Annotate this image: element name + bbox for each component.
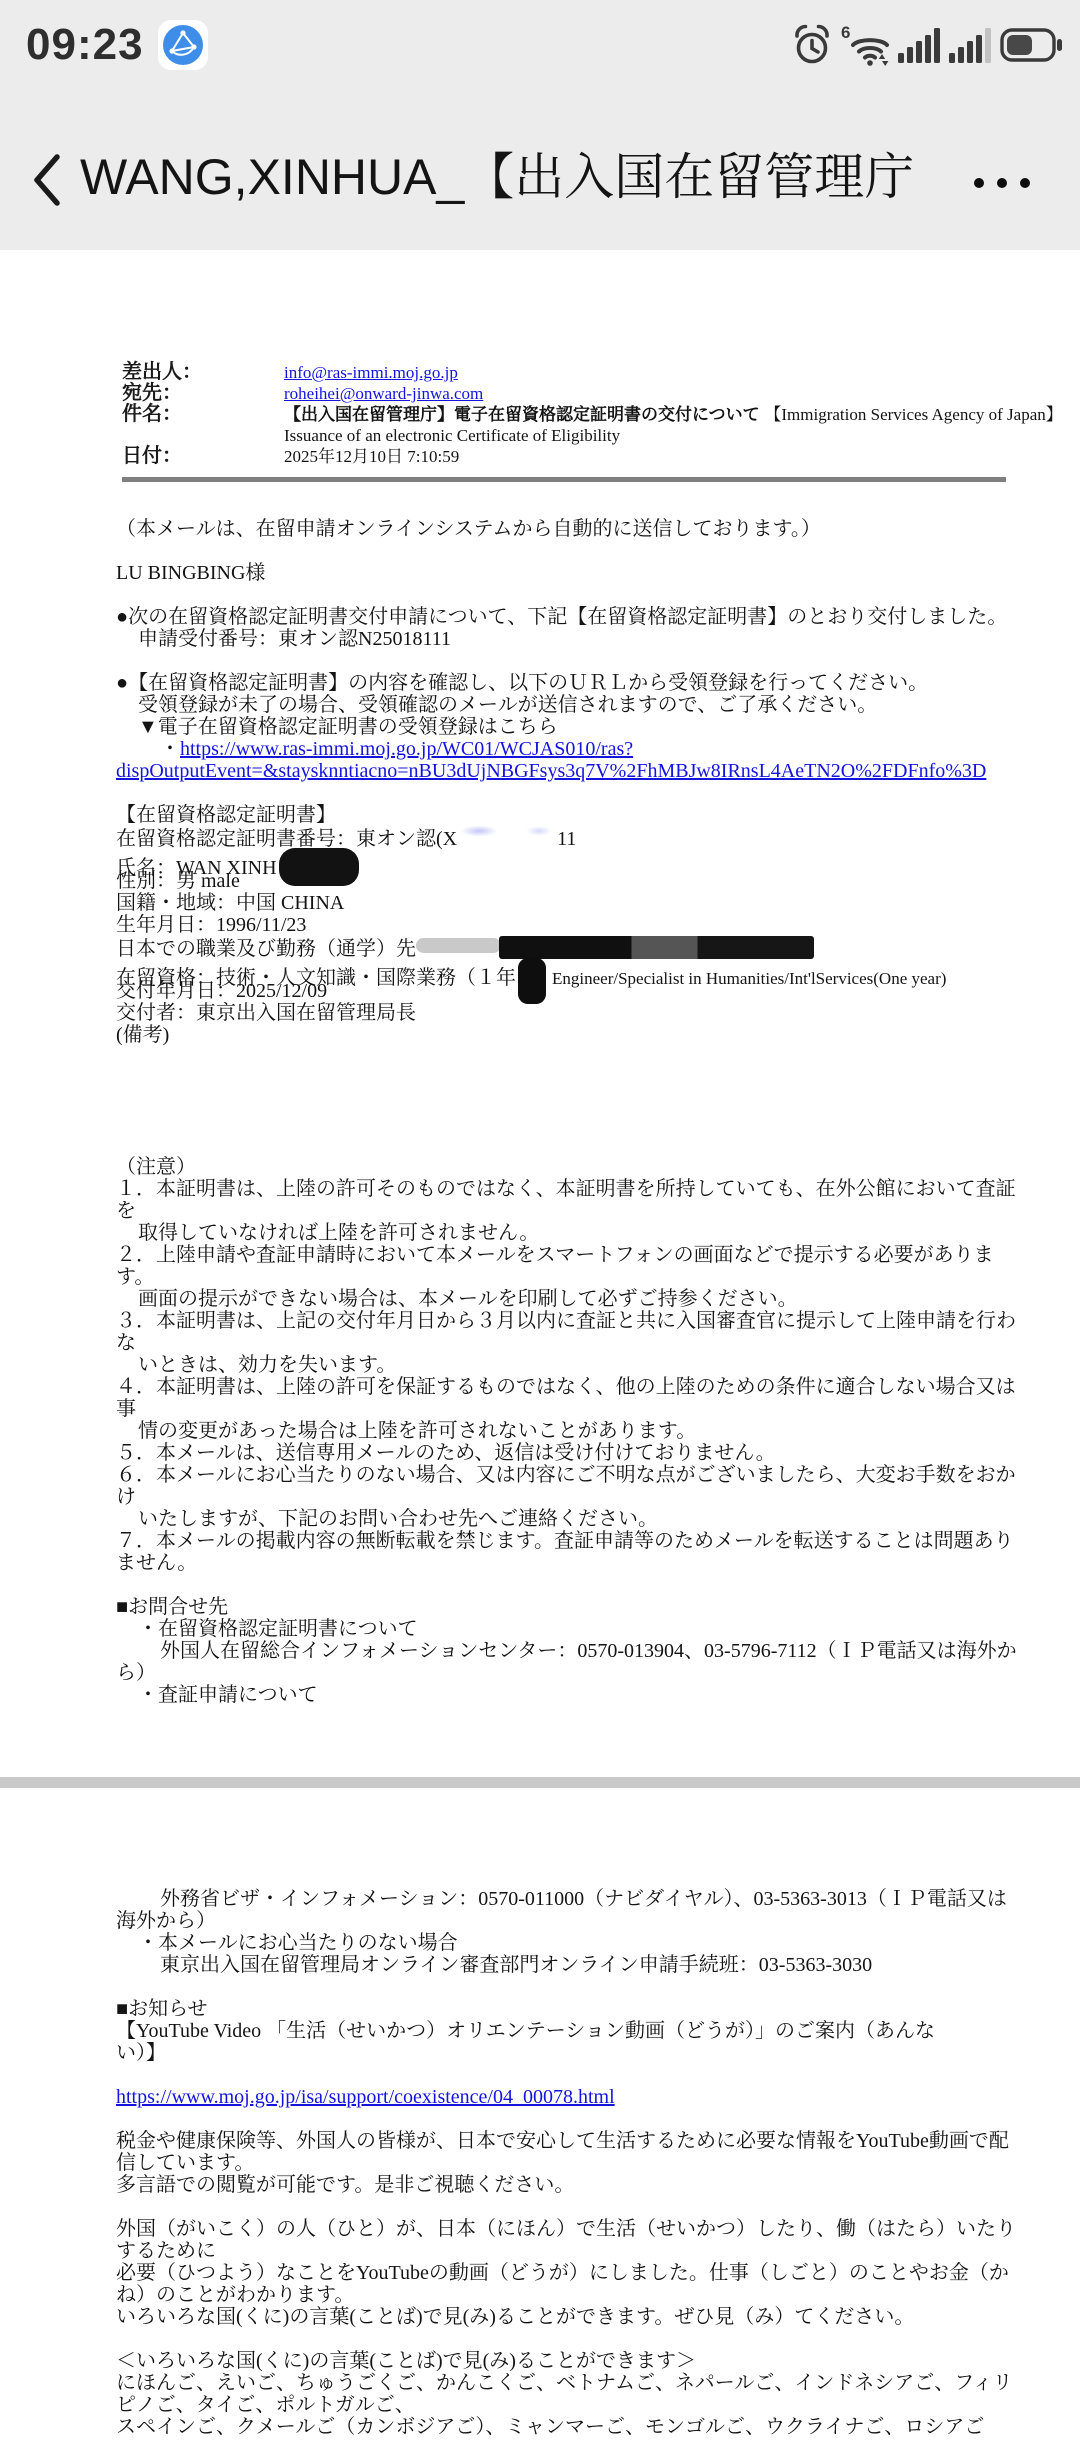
meta-value: Issuance of an electronic Certificate of… [284, 425, 620, 446]
text-segment: 取得していなければ上陸を許可されません。 [138, 1222, 539, 1244]
body-line [116, 650, 1080, 672]
meta-label: 宛先： [122, 383, 284, 404]
more-horizontal-icon [974, 178, 984, 188]
body-line: ■お知らせ [116, 1998, 1080, 2020]
text-segment: を [116, 1200, 136, 1222]
text-segment: いろいろな国(くに)の言葉(ことば)で見(み)ることができます。ぜひ見（み）てく… [116, 2306, 914, 2328]
meta-label: 差出人： [122, 362, 284, 383]
body-line: 税金や健康保険等、外国人の皆様が、日本で安心して生活するために必要な情報をYou… [116, 2130, 1080, 2152]
body-line: 海外から） [116, 1910, 1080, 1932]
body-line: 多言語での閲覧が可能です。是非ご視聴ください。 [116, 2174, 1080, 2196]
text-segment: 交付者：東京出入国在留管理局長 [116, 1002, 416, 1024]
text-segment: LU BINGBING様 [116, 562, 265, 584]
body-line: 申請受付番号：東オン認N25018111 [116, 628, 1080, 650]
body-line [116, 2328, 1080, 2350]
text-segment: 交付年月日：2025/12/09 [116, 980, 327, 1002]
body-line: ４．本証明書は、上陸の許可を保証するものではなく、他の上陸のための条件に適合しな… [116, 1376, 1080, 1398]
body-line [116, 2196, 1080, 2218]
text-segment: いときは、効力を失います。 [138, 1354, 396, 1376]
body-line: １．本証明書は、上陸の許可そのものではなく、本証明書を所持していても、在外公館に… [116, 1178, 1080, 1200]
body-line: ●【在留資格認定証明書】の内容を確認し、以下のＵＲＬから受領登録を行ってください… [116, 672, 1080, 694]
body-line: ６．本メールにお心当たりのない場合、又は内容にご不明な点がございましたら、大変お… [116, 1464, 1080, 1486]
body-line: 【YouTube Video 「生活（せいかつ）オリエンテーション動画（どうが）… [116, 2020, 1080, 2042]
body-line [116, 1976, 1080, 1998]
body-line [116, 540, 1080, 562]
meta-divider [122, 477, 1006, 482]
text-segment: 受領登録が未了の場合、受領確認のメールが送信されますので、ご了承ください。 [138, 694, 877, 716]
wifi-icon: 6 [841, 23, 889, 67]
body-line: ・査証申請について [116, 1684, 1080, 1706]
text-segment: ・本メールにお心当たりのない場合 [138, 1932, 458, 1954]
body-line: 必要（ひつよう）なことをYouTubeの動画（どうが）にしました。仕事（しごと）… [116, 2262, 1080, 2284]
text-segment: 外務省ビザ・インフォメーション：0570-011000（ナビダイヤル）、03-5… [160, 1888, 1007, 1910]
text-segment: ■お問合せ先 [116, 1596, 228, 1618]
body-line: ５．本メールは、送信専用メールのため、返信は受け付けておりません。 [116, 1442, 1080, 1464]
body-line: （注意） [116, 1156, 1080, 1178]
email-meta: 差出人：info@ras-immi.moj.go.jp宛先：roheihei@o… [122, 362, 1080, 467]
body-line [116, 1090, 1080, 1112]
text-segment: ・査証申請について [138, 1684, 318, 1706]
text-segment: 外国人在留総合インフォメーションセンター：0570-013904、03-5796… [160, 1640, 1017, 1662]
meta-value: info@ras-immi.moj.go.jp [284, 362, 458, 383]
text-segment: 11 [557, 828, 576, 850]
signal-primary-icon [898, 25, 940, 65]
text-segment: ね）のことがわかります。 [116, 2284, 354, 2306]
body-line: 取得していなければ上陸を許可されません。 [116, 1222, 1080, 1244]
body-line [116, 1574, 1080, 1596]
text-segment: （注意） [116, 1156, 196, 1178]
back-button[interactable] [30, 152, 62, 208]
email-document-page-1: 差出人：info@ras-immi.moj.go.jp宛先：roheihei@o… [0, 250, 1080, 1777]
text-segment: 事 [116, 1398, 136, 1420]
more-horizontal-icon [1020, 178, 1030, 188]
body-line: ら） [116, 1662, 1080, 1684]
page-1-body: （本メールは、在留申請オンラインシステムから自動的に送信しております。） LU … [116, 518, 1080, 1706]
wifi-generation-label: 6 [841, 23, 850, 42]
status-bar: 09:23 6 [0, 0, 1080, 90]
text-segment: ・ [160, 738, 180, 760]
text-segment: 性別：男 male [116, 870, 240, 892]
text-segment: （本メールは、在留申請オンラインシステムから自動的に送信しております。） [116, 518, 821, 540]
clock-time: 09:23 [26, 0, 144, 90]
body-line: 信しています。 [116, 2152, 1080, 2174]
text-segment: な [116, 1332, 136, 1354]
text-segment: 税金や健康保険等、外国人の皆様が、日本で安心して生活するために必要な情報をYou… [116, 2130, 1009, 2152]
text-segment: 【在留資格認定証明書】 [116, 804, 336, 826]
meta-label: 件名： [122, 404, 284, 425]
text-segment: 在留資格認定証明書番号：東オン認(X [116, 828, 457, 850]
body-line: ません。 [116, 1552, 1080, 1574]
more-horizontal-icon [997, 178, 1007, 188]
body-line: https://www.moj.go.jp/isa/support/coexis… [116, 2086, 1080, 2108]
body-line: 生年月日：1996/11/23 [116, 914, 1080, 936]
body-line [116, 2108, 1080, 2130]
text-segment: にほんご、えいご、ちゅうごくご、かんこくご、ベトナムご、ネパールご、インドネシア… [116, 2372, 1013, 2394]
body-line: ＜いろいろな国(くに)の言葉(ことば)で見(み)ることができます＞ [116, 2350, 1080, 2372]
meta-row: 差出人：info@ras-immi.moj.go.jp [122, 362, 1080, 383]
text-segment: いたしますが、下記のお問い合わせ先へご連絡ください。 [138, 1508, 658, 1530]
body-line: スペインご、クメールご（カンボジアご）、ミャンマーご、モンゴルご、ウクライナご、… [116, 2416, 1080, 2438]
body-line: （本メールは、在留申請オンラインシステムから自動的に送信しております。） [116, 518, 1080, 540]
body-line: す。 [116, 1266, 1080, 1288]
body-line: 情の変更があった場合は上陸を許可されないことがあります。 [116, 1420, 1080, 1442]
body-line: ■お問合せ先 [116, 1596, 1080, 1618]
body-line: 外務省ビザ・インフォメーション：0570-011000（ナビダイヤル）、03-5… [116, 1888, 1080, 1910]
text-segment: Issuance of an electronic Certificate of… [284, 426, 620, 445]
body-line: ね）のことがわかります。 [116, 2284, 1080, 2306]
body-line: dispOutputEvent=&staysknntiacno=nBU3dUjN… [116, 760, 1080, 782]
text-segment: 外国（がいこく）の人（ひと）が、日本（にほん）で生活（せいかつ）したり、働（はた… [116, 2218, 1016, 2240]
body-line: を [116, 1200, 1080, 1222]
body-line: 交付者：東京出入国在留管理局長 [116, 1002, 1080, 1024]
body-line: 外国人在留総合インフォメーションセンター：0570-013904、03-5796… [116, 1640, 1080, 1662]
text-segment: ません。 [116, 1552, 197, 1574]
conversation-title: WANG,XINHUA_【出入国在留管理庁… [80, 148, 920, 206]
body-line: にほんご、えいご、ちゅうごくご、かんこくご、ベトナムご、ネパールご、インドネシア… [116, 2372, 1080, 2394]
body-line: (備考) [116, 1024, 1080, 1046]
signal-secondary-icon [949, 25, 991, 65]
text-segment: 【出入国在留管理庁】電子在留資格認定証明書の交付について [284, 405, 764, 424]
meta-row: 日付：2025年12月10日 7:10:59 [122, 446, 1080, 467]
body-line: い）】 [116, 2042, 1080, 2064]
body-line: 受領登録が未了の場合、受領確認のメールが送信されますので、ご了承ください。 [116, 694, 1080, 716]
text-segment: 申請受付番号：東オン認N25018111 [138, 628, 451, 650]
network-app-icon [158, 20, 208, 70]
meta-label [122, 425, 284, 446]
body-line [116, 782, 1080, 804]
body-line: LU BINGBING様 [116, 562, 1080, 584]
body-line: 事 [116, 1398, 1080, 1420]
text-segment: 多言語での閲覧が可能です。是非ご視聴ください。 [116, 2174, 574, 2196]
body-line [116, 1134, 1080, 1156]
text-segment: け [116, 1486, 136, 1508]
redaction-pill [279, 848, 359, 886]
text-segment: 東京出入国在留管理局オンライン審査部門オンライン申請手続班：03-5363-30… [160, 1954, 872, 1976]
text-segment: 画面の提示ができない場合は、本メールを印刷して必ずご持参ください。 [138, 1288, 798, 1310]
text-segment: ６．本メールにお心当たりのない場合、又は内容にご不明な点がございましたら、大変お… [116, 1464, 1016, 1486]
text-segment: 生年月日：1996/11/23 [116, 914, 306, 936]
text-segment: 海外から） [116, 1910, 216, 1932]
text-segment: ▼電子在留資格認定証明書の受領登録はこちら [138, 716, 558, 738]
redaction-bar [499, 936, 814, 959]
status-icons: 6 [792, 23, 1064, 67]
text-segment: 必要（ひつよう）なことをYouTubeの動画（どうが）にしました。仕事（しごと）… [116, 2262, 1009, 2284]
text-segment: ●次の在留資格認定証明書交付申請について、下記【在留資格認定証明書】のとおり交付… [116, 606, 1007, 628]
link[interactable]: https://www.moj.go.jp/isa/support/coexis… [116, 2086, 615, 2108]
text-segment: 2025年12月10日 7:10:59 [284, 447, 459, 466]
link[interactable]: info@ras-immi.moj.go.jp [284, 363, 458, 382]
meta-label: 日付： [122, 446, 284, 467]
email-document-page-2: 外務省ビザ・インフォメーション：0570-011000（ナビダイヤル）、03-5… [0, 1788, 1080, 2440]
body-line: するために [116, 2240, 1080, 2262]
body-line: 日本での職業及び勤務（通学）先 [116, 936, 1080, 958]
text-segment: 信しています。 [116, 2152, 254, 2174]
body-line: け [116, 1486, 1080, 1508]
meta-row: 宛先：roheihei@onward-jinwa.com [122, 383, 1080, 404]
text-segment: するために [116, 2240, 216, 2262]
text-segment: スペインご、クメールご（カンボジアご）、ミャンマーご、モンゴルご、ウクライナご、… [116, 2416, 984, 2438]
text-segment: ３．本証明書は、上記の交付年月日から３月以内に査証と共に入国審査官に提示して上陸… [116, 1310, 1016, 1332]
text-segment: ■お知らせ [116, 1998, 207, 2020]
more-menu-button[interactable] [974, 178, 1030, 188]
page-2-body: 外務省ビザ・インフォメーション：0570-011000（ナビダイヤル）、03-5… [116, 1888, 1080, 2438]
redaction-smudge [416, 938, 501, 953]
text-segment: (備考) [116, 1024, 169, 1046]
alarm-icon [792, 23, 832, 67]
body-line: 画面の提示ができない場合は、本メールを印刷して必ずご持参ください。 [116, 1288, 1080, 1310]
battery-icon [1000, 27, 1064, 63]
text-segment: ・在留資格認定証明書について [138, 1618, 418, 1640]
text-segment: ５．本メールは、送信専用メールのため、返信は受け付けておりません。 [116, 1442, 776, 1464]
body-line: ２．上陸申請や査証申請時において本メールをスマートフォンの画面などで提示する必要… [116, 1244, 1080, 1266]
text-segment: ７．本メールの掲載内容の無断転載を禁じます。査証申請等のためメールを転送すること… [116, 1530, 1014, 1552]
text-segment: ら） [116, 1662, 156, 1684]
text-segment: 国籍・地域：中国 CHINA [116, 892, 344, 914]
meta-row: Issuance of an electronic Certificate of… [122, 425, 1080, 446]
text-segment: ４．本証明書は、上陸の許可を保証するものではなく、他の上陸のための条件に適合しな… [116, 1376, 1016, 1398]
body-line: 在留資格認定証明書番号：東オン認(X11 [116, 826, 1080, 848]
meta-value: 【出入国在留管理庁】電子在留資格認定証明書の交付について 【Immigratio… [284, 404, 1063, 425]
text-segment: ピノご、タイご、ポルトガルご、 [116, 2394, 415, 2416]
body-line: ３．本証明書は、上記の交付年月日から３月以内に査証と共に入国審査官に提示して上陸… [116, 1310, 1080, 1332]
meta-value: 2025年12月10日 7:10:59 [284, 446, 459, 467]
body-line: ７．本メールの掲載内容の無断転載を禁じます。査証申請等のためメールを転送すること… [116, 1530, 1080, 1552]
link[interactable]: https://www.ras-immi.moj.go.jp/WC01/WCJA… [180, 738, 633, 760]
text-segment: い）】 [116, 2042, 166, 2064]
body-line: 外国（がいこく）の人（ひと）が、日本（にほん）で生活（せいかつ）したり、働（はた… [116, 2218, 1080, 2240]
app-header: WANG,XINHUA_【出入国在留管理庁… [0, 90, 1080, 250]
text-segment: ２．上陸申請や査証申請時において本メールをスマートフォンの画面などで提示する必要… [116, 1244, 994, 1266]
body-line: ・在留資格認定証明書について [116, 1618, 1080, 1640]
text-segment: ●【在留資格認定証明書】の内容を確認し、以下のＵＲＬから受領登録を行ってください… [116, 672, 928, 694]
body-line: ●次の在留資格認定証明書交付申請について、下記【在留資格認定証明書】のとおり交付… [116, 606, 1080, 628]
body-line [116, 1112, 1080, 1134]
body-line: ・本メールにお心当たりのない場合 [116, 1932, 1080, 1954]
text-segment: す。 [116, 1266, 154, 1288]
text-segment: １．本証明書は、上陸の許可そのものではなく、本証明書を所持していても、在外公館に… [116, 1178, 1016, 1200]
meta-value: roheihei@onward-jinwa.com [284, 383, 483, 404]
redaction-white [457, 826, 557, 850]
text-segment: 【YouTube Video 「生活（せいかつ）オリエンテーション動画（どうが）… [116, 2020, 935, 2042]
chevron-left-icon [30, 152, 62, 208]
text-segment: Engineer/Specialist in Humanities/Int'lS… [552, 969, 946, 988]
body-line: 国籍・地域：中国 CHINA [116, 892, 1080, 914]
page-separator [0, 1777, 1080, 1788]
body-line: ▼電子在留資格認定証明書の受領登録はこちら [116, 716, 1080, 738]
body-line: 在留資格：技術・人文知識・国際業務（１年Engineer/Specialist … [116, 958, 1080, 980]
body-line: 【在留資格認定証明書】 [116, 804, 1080, 826]
body-line [116, 584, 1080, 606]
body-line: いたしますが、下記のお問い合わせ先へご連絡ください。 [116, 1508, 1080, 1530]
body-line: 東京出入国在留管理局オンライン審査部門オンライン申請手続班：03-5363-30… [116, 1954, 1080, 1976]
text-segment: ＜いろいろな国(くに)の言葉(ことば)で見(み)ることができます＞ [116, 2350, 696, 2372]
link[interactable]: roheihei@onward-jinwa.com [284, 384, 483, 403]
text-segment: 情の変更があった場合は上陸を許可されないことがあります。 [138, 1420, 696, 1442]
body-line: な [116, 1332, 1080, 1354]
body-line: ピノご、タイご、ポルトガルご、 [116, 2394, 1080, 2416]
text-segment: 【Immigration Services Agency of Japan】 [764, 405, 1062, 424]
body-line [116, 1046, 1080, 1068]
text-segment: 日本での職業及び勤務（通学）先 [116, 938, 416, 960]
body-line: ・https://www.ras-immi.moj.go.jp/WC01/WCJ… [116, 738, 1080, 760]
body-line [116, 2064, 1080, 2086]
redaction-blob [518, 958, 546, 1004]
meta-row: 件名：【出入国在留管理庁】電子在留資格認定証明書の交付について 【Immigra… [122, 404, 1080, 425]
body-line: いろいろな国(くに)の言葉(ことば)で見(み)ることができます。ぜひ見（み）てく… [116, 2306, 1080, 2328]
body-line [116, 1068, 1080, 1090]
link[interactable]: dispOutputEvent=&staysknntiacno=nBU3dUjN… [116, 760, 986, 782]
body-line: いときは、効力を失います。 [116, 1354, 1080, 1376]
body-line: 氏名：WAN XINH [116, 848, 1080, 870]
